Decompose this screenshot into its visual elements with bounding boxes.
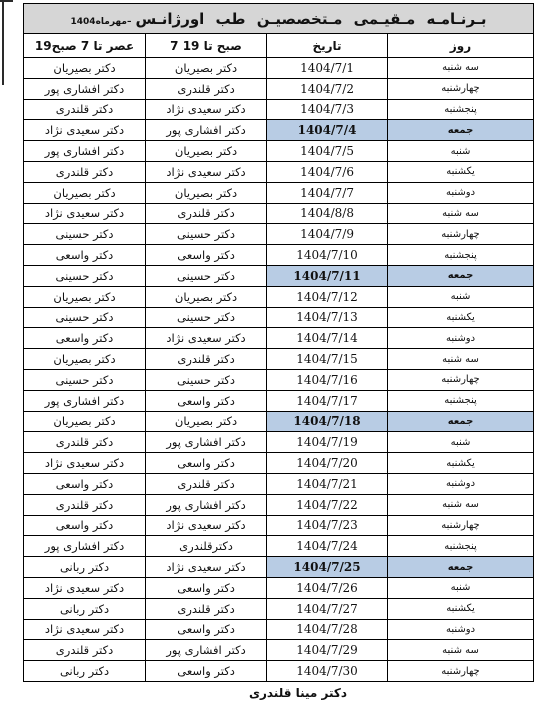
night-shift-cell: دکتر حسینی xyxy=(24,369,146,390)
day-cell: چهارشنبه xyxy=(388,515,534,536)
date-cell: 1404/8/8 xyxy=(267,203,388,224)
signature-name: دکتر مینا قلندری xyxy=(43,686,544,700)
day-shift-cell: دکتر سعیدی نژاد xyxy=(146,161,267,182)
date-cell: 1404/7/6 xyxy=(267,161,388,182)
day-cell: پنجشنبه xyxy=(388,245,534,266)
date-cell: 1404/7/7 xyxy=(267,182,388,203)
column-header-night-shift: 19عصر تا 7 صبح xyxy=(24,34,146,58)
date-cell: 1404/7/15 xyxy=(267,349,388,370)
date-cell: 1404/7/11 xyxy=(267,265,388,286)
day-shift-cell: دکتر واسعی xyxy=(146,390,267,411)
night-shift-cell: دکتر سعیدی نژاد xyxy=(24,619,146,640)
day-cell: یکشنبه xyxy=(388,307,534,328)
title-row: بـرنـامـه مـقیـمی مـتخصصیـن طب اورژانـس–… xyxy=(24,4,534,34)
schedule-row: شنبه1404/7/12دکتر بصیریاندکتر بصیریان xyxy=(24,286,534,307)
column-header-day-shift: 7 صبح تا 19 xyxy=(146,34,267,58)
schedule-row: سه شنبه1404/7/1دکتر بصیریاندکتر بصیریان xyxy=(24,58,534,79)
schedule-row: شنبه1404/7/19دکتر افشاری پوردکتر قلندری xyxy=(24,432,534,453)
night-shift-cell: دکتر سعیدی نژاد xyxy=(24,453,146,474)
night-shift-cell: دکتر واسعی xyxy=(24,515,146,536)
night-shift-cell: دکتر حسینی xyxy=(24,265,146,286)
night-shift-cell: دکتر ربانی xyxy=(24,557,146,578)
night-shift-cell: دکتر بصیریان xyxy=(24,349,146,370)
date-cell: 1404/7/16 xyxy=(267,369,388,390)
day-cell: سه شنبه xyxy=(388,640,534,661)
day-cell: پنجشنبه xyxy=(388,99,534,120)
day-shift-cell: دکتر واسعی xyxy=(146,577,267,598)
date-cell: 1404/7/5 xyxy=(267,141,388,162)
date-cell: 1404/7/20 xyxy=(267,453,388,474)
schedule-row: پنجشنبه1404/7/10دکتر واسعیدکتر واسعی xyxy=(24,245,534,266)
day-cell: دوشنبه xyxy=(388,328,534,349)
title-month-suffix: –مهرماه1404 xyxy=(71,17,132,27)
schedule-row: پنجشنبه1404/7/24دکترقلندریدکتر افشاری پو… xyxy=(24,536,534,557)
night-shift-cell: دکتر قلندری xyxy=(24,640,146,661)
day-cell: دوشنبه xyxy=(388,473,534,494)
day-shift-cell: دکتر واسعی xyxy=(146,661,267,682)
date-cell: 1404/7/3 xyxy=(267,99,388,120)
night-shift-cell: دکتر افشاری پور xyxy=(24,390,146,411)
date-cell: 1404/7/18 xyxy=(267,411,388,432)
scanned-schedule-page: { "title": { "main": "بـرنـامـه مـقیـمی … xyxy=(0,0,544,719)
day-cell: دوشنبه xyxy=(388,182,534,203)
day-shift-cell: دکتر سعیدی نژاد xyxy=(146,515,267,536)
night-shift-cell: دکتر قلندری xyxy=(24,494,146,515)
day-cell: پنجشنبه xyxy=(388,536,534,557)
schedule-row: سه شنبه1404/8/8دکتر قلندریدکتر سعیدی نژا… xyxy=(24,203,534,224)
day-shift-cell: دکتر واسعی xyxy=(146,453,267,474)
schedule-row: چهارشنبه1404/7/30دکتر واسعیدکتر ربانی xyxy=(24,661,534,682)
schedule-row: جمعه1404/7/18دکتر بصیریاندکتر بصیریان xyxy=(24,411,534,432)
night-shift-cell: دکتر واسعی xyxy=(24,473,146,494)
date-cell: 1404/7/4 xyxy=(267,120,388,141)
schedule-row: یکشنبه1404/7/6دکتر سعیدی نژاددکتر قلندری xyxy=(24,161,534,182)
duty-schedule-table: بـرنـامـه مـقیـمی مـتخصصیـن طب اورژانـس–… xyxy=(23,3,534,682)
day-cell: چهارشنبه xyxy=(388,661,534,682)
schedule-row: شنبه1404/7/5دکتر بصیریاندکتر افشاری پور xyxy=(24,141,534,162)
date-cell: 1404/7/14 xyxy=(267,328,388,349)
date-cell: 1404/7/26 xyxy=(267,577,388,598)
date-cell: 1404/7/23 xyxy=(267,515,388,536)
night-shift-cell: دکتر سعیدی نژاد xyxy=(24,577,146,598)
day-shift-cell: دکتر سعیدی نژاد xyxy=(146,328,267,349)
night-shift-cell: دکتر افشاری پور xyxy=(24,536,146,557)
date-cell: 1404/7/29 xyxy=(267,640,388,661)
column-header-date: تاریخ xyxy=(267,34,388,58)
day-shift-cell: دکتر افشاری پور xyxy=(146,120,267,141)
day-shift-cell: دکتر بصیریان xyxy=(146,411,267,432)
date-cell: 1404/7/27 xyxy=(267,598,388,619)
day-shift-cell: دکتر افشاری پور xyxy=(146,494,267,515)
date-cell: 1404/7/2 xyxy=(267,78,388,99)
day-cell: دوشنبه xyxy=(388,619,534,640)
day-cell: جمعه xyxy=(388,411,534,432)
day-shift-cell: دکتر حسینی xyxy=(146,265,267,286)
day-cell: شنبه xyxy=(388,141,534,162)
day-shift-cell: دکتر قلندری xyxy=(146,349,267,370)
date-cell: 1404/7/17 xyxy=(267,390,388,411)
night-shift-cell: دکتر قلندری xyxy=(24,161,146,182)
date-cell: 1404/7/13 xyxy=(267,307,388,328)
schedule-row: پنجشنبه1404/7/17دکتر واسعیدکتر افشاری پو… xyxy=(24,390,534,411)
day-cell: یکشنبه xyxy=(388,161,534,182)
day-shift-cell: دکتر قلندری xyxy=(146,598,267,619)
night-shift-cell: دکتر افشاری پور xyxy=(24,141,146,162)
schedule-row: دوشنبه1404/7/21دکتر قلندریدکتر واسعی xyxy=(24,473,534,494)
date-cell: 1404/7/9 xyxy=(267,224,388,245)
day-cell: سه شنبه xyxy=(388,349,534,370)
night-shift-cell: دکتر ربانی xyxy=(24,598,146,619)
schedule-row: دوشنبه1404/7/28دکتر واسعیدکتر سعیدی نژاد xyxy=(24,619,534,640)
day-shift-cell: دکترقلندری xyxy=(146,536,267,557)
schedule-row: سه شنبه1404/7/15دکتر قلندریدکتر بصیریان xyxy=(24,349,534,370)
day-cell: سه شنبه xyxy=(388,58,534,79)
night-shift-cell: دکتر حسینی xyxy=(24,307,146,328)
night-shift-cell: دکتر واسعی xyxy=(24,328,146,349)
schedule-rows: سه شنبه1404/7/1دکتر بصیریاندکتر بصیریانچ… xyxy=(24,58,534,682)
night-shift-cell: دکتر قلندری xyxy=(24,432,146,453)
day-shift-cell: دکتر بصیریان xyxy=(146,182,267,203)
schedule-row: چهارشنبه1404/7/16دکتر حسینیدکتر حسینی xyxy=(24,369,534,390)
schedule-row: جمعه1404/7/11دکتر حسینیدکتر حسینی xyxy=(24,265,534,286)
night-shift-cell: دکتر بصیریان xyxy=(24,411,146,432)
scan-artifact-left xyxy=(2,0,4,85)
night-shift-cell: دکتر واسعی xyxy=(24,245,146,266)
day-cell: جمعه xyxy=(388,265,534,286)
day-cell: سه شنبه xyxy=(388,494,534,515)
night-shift-cell: دکتر سعیدی نژاد xyxy=(24,203,146,224)
night-shift-cell: دکتر افشاری پور xyxy=(24,78,146,99)
day-shift-cell: دکتر قلندری xyxy=(146,78,267,99)
schedule-row: پنجشنبه1404/7/3دکتر سعیدی نژاددکتر قلندر… xyxy=(24,99,534,120)
day-shift-cell: دکتر بصیریان xyxy=(146,58,267,79)
day-cell: چهارشنبه xyxy=(388,369,534,390)
night-shift-cell: دکتر بصیریان xyxy=(24,286,146,307)
day-shift-cell: دکتر حسینی xyxy=(146,224,267,245)
schedule-row: یکشنبه1404/7/20دکتر واسعیدکتر سعیدی نژاد xyxy=(24,453,534,474)
schedule-row: جمعه1404/7/4دکتر افشاری پوردکتر سعیدی نژ… xyxy=(24,120,534,141)
title-text: بـرنـامـه مـقیـمی مـتخصصیـن طب اورژانـس xyxy=(135,10,486,28)
schedule-row: یکشنبه1404/7/13دکتر حسینیدکتر حسینی xyxy=(24,307,534,328)
day-cell: یکشنبه xyxy=(388,453,534,474)
schedule-row: شنبه1404/7/26دکتر واسعیدکتر سعیدی نژاد xyxy=(24,577,534,598)
night-shift-cell: دکتر سعیدی نژاد xyxy=(24,120,146,141)
day-cell: شنبه xyxy=(388,432,534,453)
night-shift-cell: دکتر حسینی xyxy=(24,224,146,245)
day-shift-cell: دکتر حسینی xyxy=(146,369,267,390)
day-shift-cell: دکتر سعیدی نژاد xyxy=(146,99,267,120)
day-shift-cell: دکتر واسعی xyxy=(146,619,267,640)
night-shift-cell: دکتر قلندری xyxy=(24,99,146,120)
schedule-row: جمعه1404/7/25دکتر سعیدی نژاددکتر ربانی xyxy=(24,557,534,578)
date-cell: 1404/7/19 xyxy=(267,432,388,453)
schedule-row: سه شنبه1404/7/22دکتر افشاری پوردکتر قلند… xyxy=(24,494,534,515)
column-header-row: روز تاریخ 7 صبح تا 19 19عصر تا 7 صبح xyxy=(24,34,534,58)
day-shift-cell: دکتر بصیریان xyxy=(146,286,267,307)
date-cell: 1404/7/22 xyxy=(267,494,388,515)
night-shift-cell: دکتر بصیریان xyxy=(24,58,146,79)
day-shift-cell: دکتر افشاری پور xyxy=(146,432,267,453)
column-header-day: روز xyxy=(388,34,534,58)
date-cell: 1404/7/1 xyxy=(267,58,388,79)
night-shift-cell: دکتر ربانی xyxy=(24,661,146,682)
night-shift-cell: دکتر بصیریان xyxy=(24,182,146,203)
date-cell: 1404/7/10 xyxy=(267,245,388,266)
day-shift-cell: دکتر واسعی xyxy=(146,245,267,266)
day-cell: جمعه xyxy=(388,557,534,578)
day-cell: جمعه xyxy=(388,120,534,141)
schedule-row: چهارشنبه1404/7/23دکتر سعیدی نژاددکتر واس… xyxy=(24,515,534,536)
schedule-row: دوشنبه1404/7/7دکتر بصیریاندکتر بصیریان xyxy=(24,182,534,203)
day-shift-cell: دکتر حسینی xyxy=(146,307,267,328)
day-cell: پنجشنبه xyxy=(388,390,534,411)
day-shift-cell: دکتر افشاری پور xyxy=(146,640,267,661)
schedule-row: چهارشنبه1404/7/2دکتر قلندریدکتر افشاری پ… xyxy=(24,78,534,99)
schedule-row: یکشنبه1404/7/27دکتر قلندریدکتر ربانی xyxy=(24,598,534,619)
date-cell: 1404/7/28 xyxy=(267,619,388,640)
date-cell: 1404/7/30 xyxy=(267,661,388,682)
day-cell: شنبه xyxy=(388,577,534,598)
day-cell: شنبه xyxy=(388,286,534,307)
day-shift-cell: دکتر بصیریان xyxy=(146,141,267,162)
day-cell: سه شنبه xyxy=(388,203,534,224)
day-cell: چهارشنبه xyxy=(388,224,534,245)
schedule-row: سه شنبه1404/7/29دکتر افشاری پوردکتر قلند… xyxy=(24,640,534,661)
date-cell: 1404/7/24 xyxy=(267,536,388,557)
date-cell: 1404/7/21 xyxy=(267,473,388,494)
schedule-row: چهارشنبه1404/7/9دکتر حسینیدکتر حسینی xyxy=(24,224,534,245)
schedule-row: دوشنبه1404/7/14دکتر سعیدی نژاددکتر واسعی xyxy=(24,328,534,349)
day-shift-cell: دکتر قلندری xyxy=(146,473,267,494)
date-cell: 1404/7/25 xyxy=(267,557,388,578)
day-cell: یکشنبه xyxy=(388,598,534,619)
page-title: بـرنـامـه مـقیـمی مـتخصصیـن طب اورژانـس–… xyxy=(24,4,534,34)
day-shift-cell: دکتر سعیدی نژاد xyxy=(146,557,267,578)
day-cell: چهارشنبه xyxy=(388,78,534,99)
day-shift-cell: دکتر قلندری xyxy=(146,203,267,224)
date-cell: 1404/7/12 xyxy=(267,286,388,307)
